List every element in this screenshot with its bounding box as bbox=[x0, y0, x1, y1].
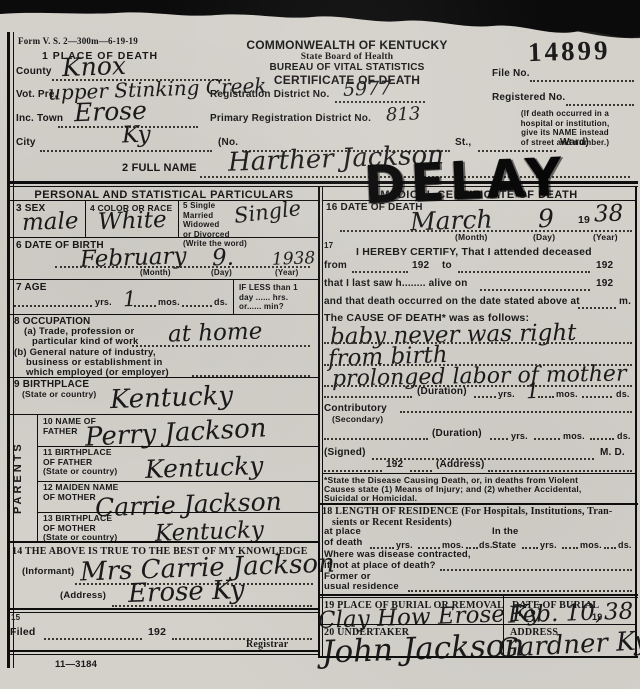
res2-ds-line bbox=[604, 546, 616, 549]
informant-address-line bbox=[112, 604, 312, 607]
mother-birthplace-label: 13 BIRTHPLACE OF MOTHER (State or countr… bbox=[43, 514, 117, 543]
row-rule-2 bbox=[10, 279, 318, 280]
row-rule-7-heavy bbox=[7, 608, 318, 610]
city-line bbox=[40, 149, 212, 152]
dob-day-caption: (Day) bbox=[211, 268, 232, 277]
age-mos-caption: mos. bbox=[158, 297, 180, 307]
form-number: Form V. S. 2—300m—6-19-19 bbox=[18, 36, 138, 46]
mother-name-handwriting: Carrie Jackson bbox=[95, 489, 282, 521]
burial-top-thin bbox=[318, 597, 638, 598]
death-day-handwriting: 9 bbox=[538, 206, 555, 232]
occupation-a-line2: particular kind of work bbox=[32, 336, 138, 347]
in-the-label: In the bbox=[492, 526, 519, 537]
duration2-mos-caption: mos. bbox=[563, 431, 585, 441]
death-occurred-m: m. bbox=[619, 296, 631, 307]
if-less-than-day-note: IF LESS than 1 day ...... hrs. or...... … bbox=[239, 283, 298, 312]
informant-address-handwriting: Erose Ky bbox=[128, 577, 245, 607]
row-rule-1 bbox=[10, 237, 318, 238]
dob-month-caption: (Month) bbox=[140, 268, 171, 277]
certify-statement: I HEREBY CERTIFY, That I attended deceas… bbox=[356, 246, 592, 258]
attended-to-year: 192 bbox=[596, 260, 613, 271]
former-residence-line bbox=[408, 589, 632, 592]
st-label: St., bbox=[455, 137, 471, 148]
birthplace-state-caption: (State or country) bbox=[22, 389, 96, 399]
registered-no-line bbox=[566, 103, 634, 106]
left-border-outer bbox=[7, 32, 10, 668]
signed-date-line bbox=[324, 469, 382, 472]
cause-line3-rule bbox=[324, 384, 632, 387]
res2-yrs-caption: yrs. bbox=[540, 540, 557, 550]
death-day-caption: (Day) bbox=[533, 232, 555, 242]
column-divider-inner bbox=[322, 186, 323, 658]
primary-registration-label: Primary Registration District No. bbox=[210, 113, 371, 124]
right-bottom-rule bbox=[318, 656, 638, 658]
father-birthplace-handwriting: Kentucky bbox=[145, 453, 264, 482]
duration2-label: (Duration) bbox=[432, 428, 482, 439]
duration-mos-caption: mos. bbox=[556, 389, 578, 399]
res2-ds-caption: ds. bbox=[618, 540, 632, 550]
section-17-number: 17 bbox=[324, 241, 333, 250]
contracted-label-line1: Where was disease contracted, bbox=[324, 549, 471, 560]
registration-district-line bbox=[335, 100, 425, 103]
left-bottom-heavy bbox=[7, 650, 318, 652]
burial-year-handwriting: 38 bbox=[604, 600, 634, 624]
filed-year-line bbox=[172, 637, 312, 640]
signed-year-line bbox=[410, 469, 432, 472]
color-race-handwriting: White bbox=[98, 209, 167, 234]
marital-status-handwriting: Single bbox=[233, 198, 302, 227]
duration-ds-caption: ds. bbox=[616, 389, 630, 399]
birthplace-handwriting: Kentucky bbox=[110, 383, 234, 413]
duration2-ds-line bbox=[590, 437, 614, 440]
residence-label-line1: 18 LENGTH OF RESIDENCE (For Hospitals, I… bbox=[322, 506, 612, 517]
registration-district-label: Registration District No. bbox=[210, 89, 329, 100]
attended-to-line bbox=[458, 270, 590, 273]
contracted-label-line2: if not at place of death? bbox=[324, 560, 436, 571]
dob-year-caption: (Year) bbox=[275, 268, 298, 277]
row-rule-4 bbox=[10, 377, 318, 378]
age-yrs-caption: yrs. bbox=[95, 297, 112, 307]
file-no-line bbox=[530, 79, 634, 82]
death-occurred-line bbox=[578, 306, 616, 309]
parents-divider bbox=[37, 414, 38, 541]
city-label: City bbox=[16, 137, 36, 148]
section-15-number: 15 bbox=[11, 613, 20, 622]
age-ifless-divider bbox=[233, 279, 234, 314]
county-label: County bbox=[16, 66, 52, 77]
primary-registration-value: 813 bbox=[386, 105, 421, 124]
right-border bbox=[635, 186, 637, 658]
commonwealth-title: COMMONWEALTH OF KENTUCKY bbox=[232, 38, 462, 52]
filed-year-printed: 192 bbox=[148, 626, 166, 638]
res1-ds-caption: ds. bbox=[479, 540, 493, 550]
age-ds-caption: ds. bbox=[214, 297, 228, 307]
duration-ds-line bbox=[582, 395, 612, 398]
duration-mos-line bbox=[538, 395, 554, 398]
registration-district-value: 5977 bbox=[343, 79, 392, 100]
last-saw-year: 192 bbox=[596, 278, 613, 289]
age-ds-line bbox=[182, 304, 212, 307]
row-rule-3 bbox=[10, 314, 318, 315]
duration-lead-line bbox=[324, 395, 412, 398]
filed-label: Filed bbox=[10, 626, 36, 638]
row-rule-6-heavy bbox=[7, 541, 318, 543]
duration2-lead-line bbox=[324, 437, 428, 440]
state-board-subtitle: State Board of Health bbox=[232, 52, 462, 62]
duration2-ds-caption: ds. bbox=[617, 431, 631, 441]
attended-from-year: 192 bbox=[412, 260, 429, 271]
contracted-line bbox=[440, 568, 632, 571]
father-birthplace-label: 11 BIRTHPLACE OF FATHER (State or countr… bbox=[43, 448, 117, 477]
burial-top-heavy bbox=[318, 594, 638, 596]
sex-color-divider bbox=[85, 200, 86, 237]
file-no-label: File No. bbox=[492, 68, 530, 79]
attended-from-label: from bbox=[324, 260, 347, 271]
contributory-line bbox=[400, 410, 632, 413]
duration-months-handwriting: 1 bbox=[526, 381, 540, 402]
cause-line1-rule bbox=[324, 341, 632, 344]
no-label: (No. bbox=[218, 137, 238, 148]
age-label: 7 AGE bbox=[16, 282, 47, 293]
attended-to-label: to bbox=[442, 260, 452, 271]
sex-value-handwriting: male bbox=[22, 210, 79, 235]
occupation-handwriting: at home bbox=[168, 320, 263, 346]
county-value-handwriting: Knox bbox=[62, 53, 127, 80]
dob-line bbox=[55, 265, 310, 268]
of-death-label: of death bbox=[324, 537, 363, 548]
filed-date-line bbox=[44, 637, 142, 640]
age-yrs-line bbox=[14, 304, 92, 307]
res2-mos-caption: mos. bbox=[580, 540, 602, 550]
at-place-label: at place bbox=[324, 526, 361, 537]
signed-address-label: (Address) bbox=[436, 459, 484, 470]
row-rule-5 bbox=[10, 414, 318, 415]
registrar-label: Registrar bbox=[246, 639, 288, 650]
burial-row-rule bbox=[318, 624, 636, 625]
city-handwriting: Ky bbox=[122, 124, 152, 148]
res2-yrs-line bbox=[522, 546, 538, 549]
last-saw-line bbox=[480, 288, 590, 291]
signed-label: (Signed) bbox=[324, 447, 366, 458]
death-year-printed: 19 bbox=[578, 214, 590, 226]
duration-yrs-caption: yrs. bbox=[498, 389, 515, 399]
duration2-yrs-line bbox=[490, 437, 508, 440]
former-label-line2: usual residence bbox=[324, 581, 399, 592]
last-saw-alive-label: that I last saw h........ alive on bbox=[324, 278, 468, 289]
duration-yrs-line bbox=[474, 395, 496, 398]
informant-address-label: (Address) bbox=[60, 590, 106, 601]
violent-causes-note: *State the Disease Causing Death, or, in… bbox=[324, 476, 582, 503]
death-month-caption: (Month) bbox=[455, 232, 488, 242]
residence-top-rule bbox=[318, 503, 638, 505]
color-marital-divider bbox=[178, 200, 179, 237]
full-name-label: 2 FULL NAME bbox=[122, 162, 197, 174]
column-divider-outer bbox=[318, 186, 320, 658]
attended-from-line bbox=[352, 270, 408, 273]
duration2-mos-line bbox=[534, 437, 560, 440]
date-of-death-label: 16 DATE OF DEATH bbox=[326, 202, 423, 213]
certificate-number: 14899 bbox=[528, 35, 611, 68]
signed-year-printed: 192 bbox=[386, 459, 403, 470]
note-top-rule bbox=[322, 473, 636, 474]
informant-label: (Informant) bbox=[22, 566, 74, 577]
left-bottom-thin bbox=[7, 654, 318, 655]
age-mos-line bbox=[134, 304, 156, 307]
undertaker-handwriting: John Jackson bbox=[322, 630, 525, 668]
inc-town-label: Inc. Town bbox=[16, 113, 63, 124]
duration2-yrs-caption: yrs. bbox=[511, 431, 528, 441]
parents-vertical-label: PARENTS bbox=[12, 414, 36, 541]
burial-year-printed: 19 bbox=[592, 612, 602, 622]
death-year-handwriting: 38 bbox=[594, 202, 624, 226]
duration-label: (Duration) bbox=[417, 386, 467, 397]
form-print-code: 11—3184 bbox=[55, 659, 97, 670]
bureau-subtitle: BUREAU OF VITAL STATISTICS bbox=[232, 62, 462, 73]
signed-address-line bbox=[488, 469, 632, 472]
res2-mos-line bbox=[562, 546, 578, 549]
md-label: M. D. bbox=[600, 447, 625, 458]
secondary-caption: (Secondary) bbox=[332, 414, 383, 424]
contributory-label: Contributory bbox=[324, 403, 387, 414]
state-label: State bbox=[492, 540, 516, 551]
death-year-caption: (Year) bbox=[593, 232, 618, 242]
death-certificate-scan: Form V. S. 2—300m—6-19-19 1 PLACE OF DEA… bbox=[0, 0, 640, 689]
row-rule-7-thin bbox=[7, 612, 318, 613]
death-occurred-label: and that death occurred on the date stat… bbox=[324, 296, 580, 307]
registered-no-label: Registered No. bbox=[492, 92, 565, 103]
age-months-handwriting: 1 bbox=[123, 289, 137, 310]
